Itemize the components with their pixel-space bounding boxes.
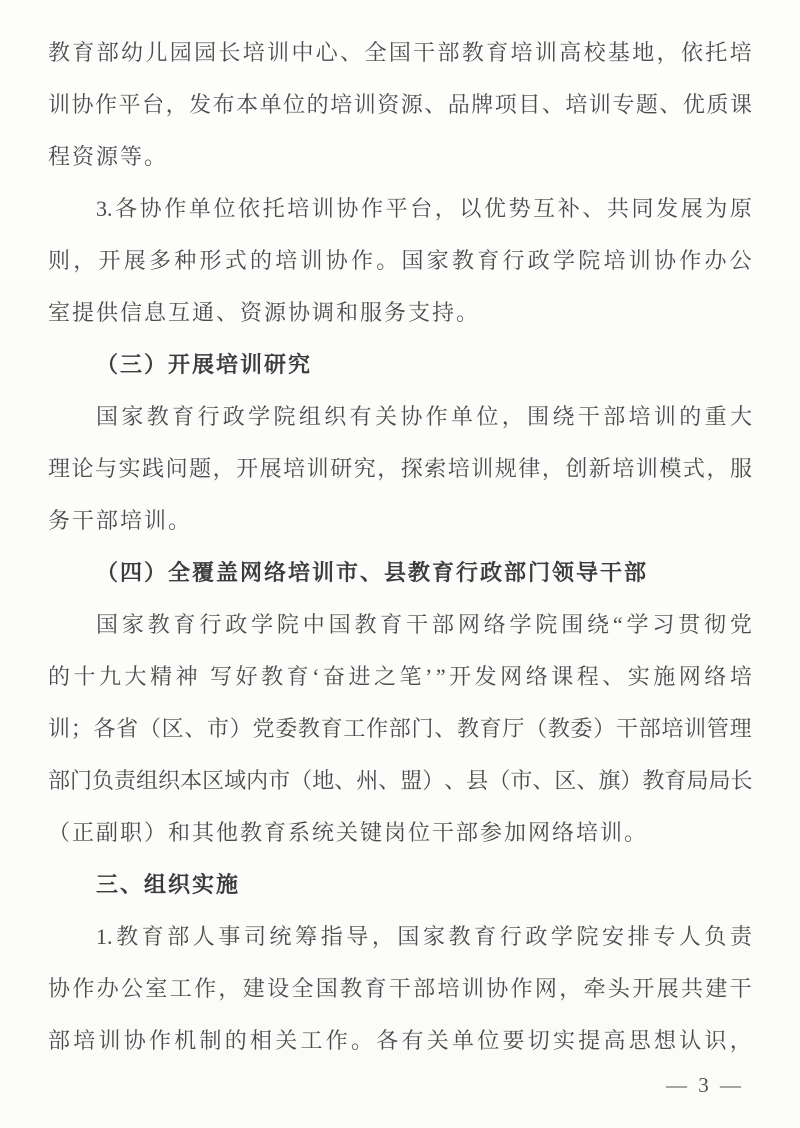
scanned-document-page: 教育部幼儿园园长培训中心、全国干部教育培训高校基地，依托培 训协作平台，发布本单… <box>0 0 800 1128</box>
para-line: 协作办公室工作，建设全国教育干部培训协作网，牵头开展共建干 <box>48 963 752 1015</box>
para-line: 的十九大精神 写好教育‘奋进之笔’”开发网络课程、实施网络培 <box>48 651 752 703</box>
para-line: 训协作平台，发布本单位的培训资源、品牌项目、培训专题、优质课 <box>48 79 752 131</box>
para-line: 则，开展多种形式的培训协作。国家教育行政学院培训协作办公 <box>48 235 752 287</box>
para-line: 务干部培训。 <box>48 495 752 547</box>
para-line: 训；各省（区、市）党委教育工作部门、教育厅（教委）干部培训管理 <box>48 703 752 755</box>
section-heading-4: （四）全覆盖网络培训市、县教育行政部门领导干部 <box>48 547 752 599</box>
page-number: — 3 — <box>666 1070 744 1100</box>
para-line: 部门负责组织本区域内市（地、州、盟）、县（市、区、旗）教育局局长 <box>48 755 752 807</box>
para-line: 国家教育行政学院中国教育干部网络学院围绕“学习贯彻党 <box>48 599 752 651</box>
para-line: 程资源等。 <box>48 131 752 183</box>
para-line: （正副职）和其他教育系统关键岗位干部参加网络培训。 <box>48 807 752 859</box>
para-line: 1.教育部人事司统筹指导，国家教育行政学院安排专人负责 <box>48 911 752 963</box>
section-heading-3: （三）开展培训研究 <box>48 339 752 391</box>
para-line: 3.各协作单位依托培训协作平台，以优势互补、共同发展为原 <box>48 183 752 235</box>
document-body: 教育部幼儿园园长培训中心、全国干部教育培训高校基地，依托培 训协作平台，发布本单… <box>48 27 752 1067</box>
para-line: 部培训协作机制的相关工作。各有关单位要切实提高思想认识， <box>48 1015 752 1067</box>
para-line: 室提供信息互通、资源协调和服务支持。 <box>48 287 752 339</box>
section-heading-organization: 三、组织实施 <box>48 859 752 911</box>
para-line: 国家教育行政学院组织有关协作单位，围绕干部培训的重大 <box>48 391 752 443</box>
para-line: 理论与实践问题，开展培训研究，探索培训规律，创新培训模式，服 <box>48 443 752 495</box>
para-line: 教育部幼儿园园长培训中心、全国干部教育培训高校基地，依托培 <box>48 27 752 79</box>
